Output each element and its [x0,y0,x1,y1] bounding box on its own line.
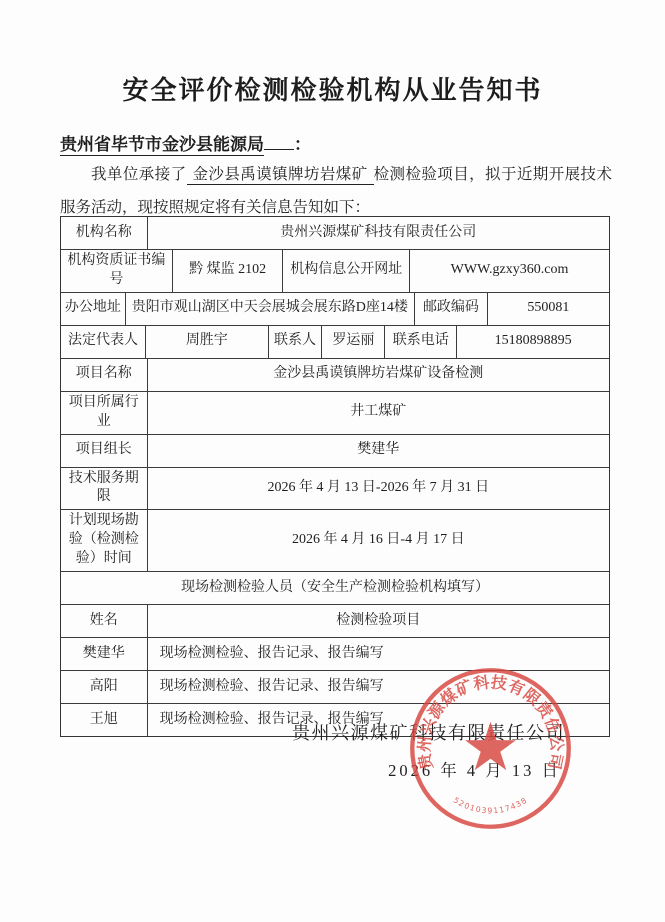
addressee-name: 贵州省毕节市金沙县能源局 [60,135,264,156]
table-cell-value: 金沙县禹谟镇牌坊岩煤矿设备检测 [148,359,609,391]
table-cell-value: 樊建华 [148,435,609,467]
table-cell-label: 邮政编码 [415,293,488,325]
table-row: 项目所属行业 井工煤矿 [61,392,609,435]
svg-text:5201039117438: 5201039117438 [452,795,529,815]
intro-project-name: 金沙县禹谟镇牌坊岩煤矿 [187,166,374,185]
table-cell-label: 机构名称 [61,217,148,249]
table-cell-label: 项目名称 [61,359,148,391]
table-row: 计划现场勘验（检测检验）时间 2026 年 4 月 16 日-4 月 17 日 [61,510,609,572]
table-cell-label: 项目所属行业 [61,392,148,434]
document-page: 安全评价检测检验机构从业告知书 贵州省毕节市金沙县能源局： 我单位承接了金沙县禹… [0,0,665,922]
table-cell-label: 联系电话 [385,326,457,358]
table-row: 办公地址 贵阳市观山湖区中天会展城会展东路D座14楼 邮政编码 550081 [61,293,609,326]
table-cell-person-name: 高阳 [61,671,148,703]
table-row: 法定代表人 周胜宇 联系人 罗运丽 联系电话 15180898895 [61,326,609,359]
table-section-title: 现场检测检验人员（安全生产检测检验机构填写） [61,572,609,604]
table-cell-value: 15180898895 [457,326,609,358]
intro-pre-text: 我单位承接了 [91,166,187,183]
table-column-header: 姓名 [61,605,148,637]
table-cell-value: WWW.gzxy360.com [410,250,609,292]
table-cell-value: 2026 年 4 月 16 日-4 月 17 日 [148,510,609,571]
table-cell-person-name: 王旭 [61,704,148,736]
table-cell-value: 井工煤矿 [148,392,609,434]
table-cell-person-name: 樊建华 [61,638,148,670]
info-table: 机构名称 贵州兴源煤矿科技有限责任公司 机构资质证书编号 黔 煤监 2102 机… [60,216,610,737]
table-cell-label: 机构资质证书编号 [61,250,173,292]
table-row: 技术服务期限 2026 年 4 月 13 日-2026 年 7 月 31 日 [61,468,609,511]
table-row: 机构名称 贵州兴源煤矿科技有限责任公司 [61,217,609,250]
table-row: 项目名称 金沙县禹谟镇牌坊岩煤矿设备检测 [61,359,609,392]
company-seal-stamp-icon: 贵州兴源煤矿科技有限责任公司 5201039117438 [403,661,578,836]
addressee-colon: ： [294,135,311,154]
table-column-header: 检测检验项目 [148,605,609,637]
table-row: 项目组长 樊建华 [61,435,609,468]
table-cell-value: 黔 煤监 2102 [173,250,284,292]
seal-number-text: 5201039117438 [452,795,529,815]
table-cell-label: 法定代表人 [61,326,146,358]
addressee-line: 贵州省毕节市金沙县能源局： [60,130,311,155]
table-row: 机构资质证书编号 黔 煤监 2102 机构信息公开网址 WWW.gzxy360.… [61,250,609,293]
table-cell-label: 计划现场勘验（检测检验）时间 [61,510,148,571]
intro-paragraph: 我单位承接了金沙县禹谟镇牌坊岩煤矿检测检验项目，拟于近期开展技术服务活动，现按照… [60,158,612,224]
table-cell-label: 机构信息公开网址 [283,250,410,292]
table-cell-label: 办公地址 [61,293,126,325]
seal-star-icon [465,722,516,770]
table-cell-label: 联系人 [269,326,323,358]
table-row-header: 姓名 检测检验项目 [61,605,609,638]
table-cell-value: 550081 [488,293,609,325]
table-row-section-header: 现场检测检验人员（安全生产检测检验机构填写） [61,572,609,605]
table-cell-value: 周胜宇 [146,326,269,358]
table-cell-value: 贵州兴源煤矿科技有限责任公司 [148,217,609,249]
table-cell-value: 2026 年 4 月 13 日-2026 年 7 月 31 日 [148,468,609,510]
page-title: 安全评价检测检验机构从业告知书 [0,70,665,107]
table-cell-label: 技术服务期限 [61,468,148,510]
table-cell-label: 项目组长 [61,435,148,467]
addressee-blank-underline [264,132,294,150]
table-cell-value: 罗运丽 [322,326,385,358]
table-cell-value: 贵阳市观山湖区中天会展城会展东路D座14楼 [126,293,415,325]
